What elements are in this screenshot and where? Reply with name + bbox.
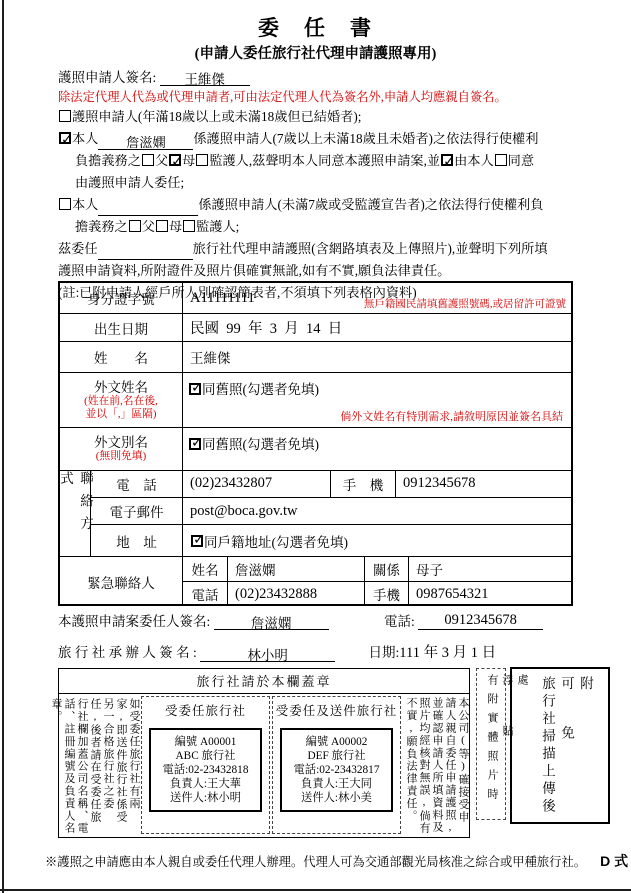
id-value-cell: A11111111 無戶籍國民請填舊護照號碼,或居留許可證號 — [182, 283, 571, 313]
agency1-phone: 電話:02-23432818 — [151, 763, 260, 777]
agency1-name: ABC 旅行社 — [151, 749, 260, 763]
table-row-foreign-name: 外文姓名 (姓在前,名在後, 並以「,」區隔) 同舊照(勾選者免填) 倘外文姓名… — [60, 372, 571, 427]
agree-checkbox — [495, 154, 507, 166]
emergency-label: 緊急聯絡人 — [60, 557, 182, 606]
alias-same-checkbox — [189, 438, 201, 450]
agree-label: 同意 — [508, 153, 534, 168]
child-clause-text: 係護照申請人(未滿7歲或受監護宣告者)之依法得行使權利負 — [198, 197, 543, 212]
submitting-agency-title: 受委任及送件旅行社 — [273, 701, 400, 719]
contact-row-phone: 電 話 (02)23432807 手 機 0912345678 — [91, 471, 571, 497]
foreign-name-note2: 並以「,」區隔) — [85, 408, 156, 421]
foreign-same-line: 同舊照(勾選者免填) — [188, 378, 319, 398]
adult-applicant-checkbox — [59, 110, 71, 122]
name-label: 姓 名 — [60, 342, 182, 372]
father-checkbox — [142, 154, 154, 166]
email-label: 電子郵件 — [91, 498, 182, 525]
declaration-option-adult: 護照申請人(年滿18歲以上或未滿18歲但已結婚者); — [58, 106, 582, 128]
by-self-checkbox — [441, 154, 453, 166]
foreign-name-label-cell: 外文姓名 (姓在前,名在後, 並以「,」區隔) — [60, 373, 182, 427]
adult-applicant-text: 護照申請人(年滿18歲以上或未滿18歲但已結婚者); — [72, 109, 361, 124]
agency1-number: 編號 A00001 — [151, 735, 260, 749]
mobile-value: 0912345678 — [395, 471, 571, 497]
declaration-option-minor-line2: 負擔義務之父母監護人,茲聲明本人同意本護照申請案,並由本人同意 — [58, 150, 582, 172]
signature-warning-note: 除法定代理人代為或代理申請者,可由法定代理人代為簽名外,申請人均應親自簽名。 — [58, 87, 507, 105]
page-bottom-edge — [0, 889, 631, 891]
delegator-signature-line: 本護照申請案委任人簽名: 詹滋嫻 電話: 0912345678 — [58, 610, 543, 630]
foreign-name-value-cell: 同舊照(勾選者免填) 倘外文姓名有特別需求,請敘明原因並簽名具結 — [182, 373, 571, 427]
contact-row-email: 電子郵件 post@boca.gov.tw — [91, 497, 571, 525]
agency-name-underline — [98, 242, 193, 260]
contact-strip: 聯絡方式 — [60, 471, 90, 556]
emergency-mobile-value: 0987654321 — [408, 582, 571, 606]
agent-signature-line: 旅 行 社 承 辦 人 簽 名 : 林小明 日期:111 年 3 月 1 日 — [58, 641, 496, 662]
contact-group: 電 話 (02)23432807 手 機 0912345678 電子郵件 pos… — [90, 471, 571, 556]
contact-row-address: 地 址 同戶籍地址(勾選者免填) — [91, 524, 571, 556]
entrust-line: 茲委任旅行社代理申請護照(含網路填表及上傳照片),並聲明下列所填 — [58, 238, 582, 260]
delegated-agency-stamp-box: 受委任旅行社 編號 A00001 ABC 旅行社 電話:02-23432818 … — [141, 696, 270, 834]
consent-text: ,茲聲明本人同意本護照申請案,並 — [249, 153, 440, 168]
agency2-number: 編號 A00002 — [282, 735, 391, 749]
stamp-section-body: 如受委任旅行社有兩家,即送件旅行社係受另一合格旅行社之委任,後者請在受委任旅行社… — [59, 694, 469, 836]
agency1-owner: 負責人:王大華 — [151, 777, 260, 791]
alias-label: 外文別名 — [94, 435, 148, 450]
emergency-phone-label: 電話 — [183, 582, 227, 606]
foreign-same-checkbox — [189, 383, 201, 395]
address-same-text: 同戶籍地址(勾選者免填) — [204, 531, 348, 551]
alias-same-line: 同舊照(勾選者免填) — [188, 433, 319, 453]
applicant-signature-line: 護照申請人簽名: 王維傑 — [58, 66, 250, 86]
scan-upload-exempt-box: 旅行社掃描上傳後可免附 — [510, 667, 610, 824]
id-value: A11111111 — [190, 290, 255, 307]
applicant-signature-value: 王維傑 — [160, 68, 250, 86]
entrust-prefix: 茲委任 — [58, 241, 98, 256]
entrust-suffix: 旅行社代理申請護照(含網路填表及上傳照片),並聲明下列所填 — [193, 241, 548, 256]
delegated-agency-stamp: 編號 A00001 ABC 旅行社 電話:02-23432818 負責人:王大華… — [149, 728, 262, 812]
emergency-phone-value: (02)23432888 — [227, 582, 364, 606]
agency2-owner: 負責人:王大同 — [282, 777, 391, 791]
table-row-contact: 聯絡方式 電 話 (02)23432807 手 機 0912345678 電子郵… — [60, 470, 571, 556]
declaration-option-child-line2: 擔義務之父母監護人; — [58, 216, 582, 238]
guardian-checkbox — [196, 154, 208, 166]
stamp-left-vertical-note: 如受委任旅行社有兩家,即送件旅行社係受另一合格旅行社之委任,後者請在受委任旅行社… — [61, 697, 140, 835]
delegator-phone-label: 電話: — [384, 614, 415, 629]
mother-label: 母 — [182, 153, 195, 168]
form-type-label: D 式 — [600, 853, 628, 869]
footer-note: ※護照之申請應由本人親自或委任代理人辦理。代理人可為交通部觀光局核准之綜合或甲種… — [45, 855, 586, 869]
stamp-section-header: 旅行社請於本欄蓋章 — [59, 669, 469, 694]
mobile-label: 手 機 — [330, 471, 395, 497]
address-value-cell: 同戶籍地址(勾選者免填) — [182, 525, 571, 556]
applicant-data-table: 身分證字號 A11111111 無戶籍國民請填舊護照號碼,或居留許可證號 出生日… — [58, 281, 573, 606]
email-value: post@boca.gov.tw — [182, 498, 571, 525]
by-self-label: 由本人 — [454, 153, 494, 168]
page-left-edge — [2, 0, 4, 893]
emergency-row-name: 姓名 詹滋嫻 關係 母子 — [183, 557, 571, 581]
father-checkbox-2 — [129, 220, 141, 232]
scan-note-col2: 可免附 — [559, 676, 593, 775]
declaration-option-minor-line3: 由護照申請人委任; — [58, 172, 582, 194]
agency2-courier: 送件人:林小美 — [282, 791, 391, 805]
date-label: 日期: — [369, 645, 400, 660]
agent-signature-value: 林小明 — [200, 644, 335, 662]
mother-checkbox — [169, 154, 181, 166]
mother-label-2: 母 — [169, 219, 182, 234]
address-label: 地 址 — [91, 525, 182, 556]
foreign-name-label: 外文姓名 — [94, 380, 148, 395]
delegator-signature-value: 詹滋嫻 — [214, 612, 329, 630]
contact-label: 聯絡方式 — [55, 471, 95, 556]
alias-note: (無則免填) — [96, 450, 146, 463]
travel-agency-stamp-section: 旅行社請於本欄蓋章 如受委任旅行社有兩家,即送件旅行社係受另一合格旅行社之委任,… — [58, 668, 470, 838]
delegated-agency-title: 受委任旅行社 — [142, 701, 269, 719]
father-label: 父 — [155, 153, 168, 168]
id-red-note: 無戶籍國民請填舊護照號碼,或居留許可證號 — [364, 296, 566, 311]
footer-note-line: ※護照之申請應由本人親自或委任代理人辦理。代理人可為交通部觀光局核准之綜合或甲種… — [45, 851, 628, 871]
address-same-checkbox — [191, 535, 203, 547]
date-value: 111 年 3 月 1 日 — [399, 645, 496, 661]
photo-paste-box: 有附實體照片時浮貼處 — [476, 668, 506, 820]
alias-value-cell: 同舊照(勾選者免填) — [182, 428, 571, 470]
relation-value: 母子 — [408, 557, 571, 581]
relation-label: 關係 — [364, 557, 408, 581]
emergency-name-value: 詹滋嫻 — [227, 557, 364, 581]
delegator-signature-label: 本護照申請案委任人簽名: — [58, 614, 210, 629]
name-value: 王維傑 — [182, 342, 571, 372]
child-guardian-name-underline — [98, 198, 198, 216]
entrust-line2: 護照申請資料,所附證件及照片俱確實無訛,如有不實,願負法律責任。 — [58, 260, 582, 282]
table-row-id: 身分證字號 A11111111 無戶籍國民請填舊護照號碼,或居留許可證號 — [60, 283, 571, 313]
alias-label-cell: 外文別名 (無則免填) — [60, 428, 182, 470]
authorization-form-page: { "colors": { "accent_red": "#d40000" },… — [0, 0, 631, 893]
table-row-birth: 出生日期 民國 99 年 3 月 14 日 — [60, 313, 571, 341]
self-label-2: 本人 — [72, 197, 98, 212]
birth-value: 民國 99 年 3 月 14 日 — [182, 314, 571, 341]
guardian-name-underline: 詹滋嫻 — [98, 132, 193, 150]
guardian-checkbox-2 — [183, 220, 195, 232]
obligation-text-2: 擔義務之 — [75, 219, 128, 234]
applicant-signature-label: 護照申請人簽名: — [58, 70, 156, 85]
declaration-section: 護照申請人(年滿18歲以上或未滿18歲但已結婚者); 本人詹滋嫻係護照申請人(7… — [58, 106, 582, 304]
form-title: 委 任 書 — [0, 12, 631, 42]
self-label: 本人 — [72, 131, 98, 146]
agency1-courier: 送件人:林小明 — [151, 791, 260, 805]
scan-note-col1: 旅行社掃描上傳後 — [540, 676, 555, 816]
agency2-name: DEF 旅行社 — [282, 749, 391, 763]
emergency-name-label: 姓名 — [183, 557, 227, 581]
stamp-right-vertical-note: 本公司(等)確接受申請人親自委任申請護照,並確認申請人所填資料及照片均經核對無誤… — [404, 697, 469, 835]
minor-guardian-checkbox — [59, 132, 71, 144]
agency2-phone: 電話:02-23432817 — [282, 763, 391, 777]
alias-same-text: 同舊照(勾選者免填) — [202, 437, 319, 452]
minor-clause-text: 係護照申請人(7歲以上未滿18歲且未婚者)之依法得行使權利 — [193, 131, 538, 146]
birth-label: 出生日期 — [60, 314, 182, 341]
foreign-name-note1: (姓在前,名在後, — [84, 395, 158, 408]
emergency-group: 姓名 詹滋嫻 關係 母子 電話 (02)23432888 手機 09876543… — [182, 557, 571, 606]
foreign-same-text: 同舊照(勾選者免填) — [202, 382, 319, 397]
photo-paste-note-col1: 有附實體照片時 — [486, 674, 498, 807]
submitting-agency-stamp: 編號 A00002 DEF 旅行社 電話:02-23432817 負責人:王大同… — [280, 728, 393, 812]
guardian-label-2: 監護人; — [196, 219, 239, 234]
emergency-row-phone: 電話 (02)23432888 手機 0987654321 — [183, 581, 571, 606]
table-row-alias: 外文別名 (無則免填) 同舊照(勾選者免填) — [60, 427, 571, 470]
entrusted-by-applicant-text: 由護照申請人委任; — [75, 175, 184, 190]
mother-checkbox-2 — [156, 220, 168, 232]
guardian-label: 監護人 — [209, 153, 249, 168]
emergency-mobile-label: 手機 — [364, 582, 408, 606]
father-label-2: 父 — [142, 219, 155, 234]
declaration-option-minor: 本人詹滋嫻係護照申請人(7歲以上未滿18歲且未婚者)之依法得行使權利 — [58, 128, 582, 150]
obligation-text: 負擔義務之 — [75, 153, 141, 168]
agent-signature-label: 旅 行 社 承 辦 人 簽 名 : — [58, 645, 197, 660]
declaration-option-child: 本人係護照申請人(未滿7歲或受監護宣告者)之依法得行使權利負 — [58, 194, 582, 216]
phone-label: 電 話 — [91, 471, 182, 497]
child-guardian-checkbox — [59, 198, 71, 210]
form-subtitle: (申請人委任旅行社代理申請護照專用) — [0, 42, 631, 63]
phone-value: (02)23432807 — [182, 471, 330, 497]
foreign-special-note: 倘外文姓名有特別需求,請敘明原因並簽名具結 — [340, 408, 563, 424]
delegator-phone-value: 0912345678 — [418, 612, 543, 630]
table-row-emergency: 緊急聯絡人 姓名 詹滋嫻 關係 母子 電話 (02)23432888 手機 09… — [60, 556, 571, 606]
table-row-name: 姓 名 王維傑 — [60, 341, 571, 372]
submitting-agency-stamp-box: 受委任及送件旅行社 編號 A00002 DEF 旅行社 電話:02-234328… — [272, 696, 401, 834]
id-label: 身分證字號 — [60, 283, 182, 313]
